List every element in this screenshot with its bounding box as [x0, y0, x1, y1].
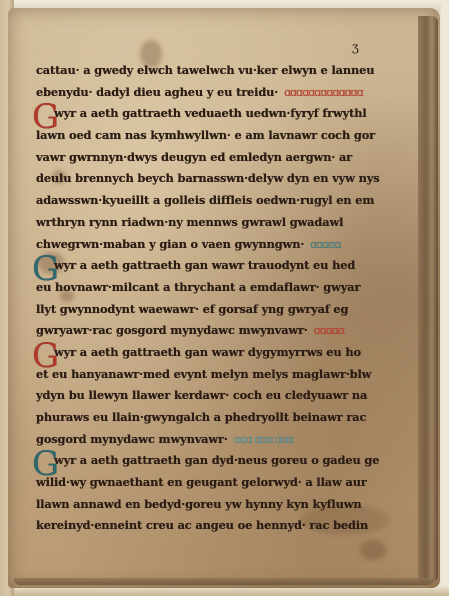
page-edge-bottom — [14, 578, 434, 585]
line-filler-ornament: ɑɑɑɑɑ — [310, 234, 340, 256]
text-line: Gwyr a aeth gattraeth veduaeth uedwn·fyr… — [36, 103, 376, 125]
text-line: deulu brennych beych barnasswn·delyw dyn… — [36, 168, 376, 190]
page-edge-right — [418, 16, 438, 582]
text-line: llawn annawd en bedyd·goreu yw hynny kyn… — [36, 494, 376, 516]
stain — [360, 540, 386, 560]
text-line: Gwyr a aeth gattraeth gan dyd·neus goreu… — [36, 450, 376, 472]
text-line: et eu hanyanawr·med evynt melyn melys ma… — [36, 364, 376, 386]
stray-mark: ʒ — [352, 40, 359, 54]
text-line: phuraws eu llain·gwyngalch a phedryollt … — [36, 407, 376, 429]
text-line: vawr gwrnnyn·dwys deugyn ed emledyn aerg… — [36, 147, 376, 169]
text-line: ebenydu· dadyl dieu agheu y eu treidu·ɑɑ… — [36, 82, 376, 104]
line-filler-ornament: ɑɑɑɑɑ — [314, 320, 344, 342]
text-line: Gwyr a aeth gattraeth gan wawr trauodynt… — [36, 255, 376, 277]
text-line: lawn oed cam nas kymhwyllwn· e am lavnaw… — [36, 125, 376, 147]
text-line: gwryawr·rac gosgord mynydawc mwynvawr·ɑɑ… — [36, 320, 376, 342]
text-line: chwegrwn·maban y gian o vaen gwynngwn·ɑɑ… — [36, 234, 376, 256]
text-line: wilid·wy gwnaethant en geugant gelorwyd·… — [36, 472, 376, 494]
text-line: wrthryn rynn riadwn·ny mennws gwrawl gwa… — [36, 212, 376, 234]
text-line: Gwyr a aeth gattraeth gan wawr dygymyrrw… — [36, 342, 376, 364]
line-filler-ornament: ɑɑɑɑɑɑɑɑɑɑɑɑɑ — [284, 82, 363, 104]
text-line: cattau· a gwedy elwch tawelwch vu·ker el… — [36, 60, 376, 82]
manuscript-text: cattau· a gwedy elwch tawelwch vu·ker el… — [36, 60, 376, 537]
text-line: kereinyd·enneint creu ac angeu oe hennyd… — [36, 515, 376, 537]
text-line: adawsswn·kyueillt a golleis diffleis oed… — [36, 190, 376, 212]
text-line: gosgord mynydawc mwynvawr·ɑɑɑ ɑɑɑ ɑɑɑ — [36, 429, 376, 451]
text-line: llyt gwynnodynt waewawr· ef gorsaf yng g… — [36, 299, 376, 321]
text-line: ydyn bu llewyn llawer kerdawr· coch eu c… — [36, 385, 376, 407]
backdrop-right — [441, 0, 449, 596]
line-filler-ornament: ɑɑɑ ɑɑɑ ɑɑɑ — [234, 429, 293, 451]
text-line: eu hovnawr·milcant a thrychant a emdafla… — [36, 277, 376, 299]
